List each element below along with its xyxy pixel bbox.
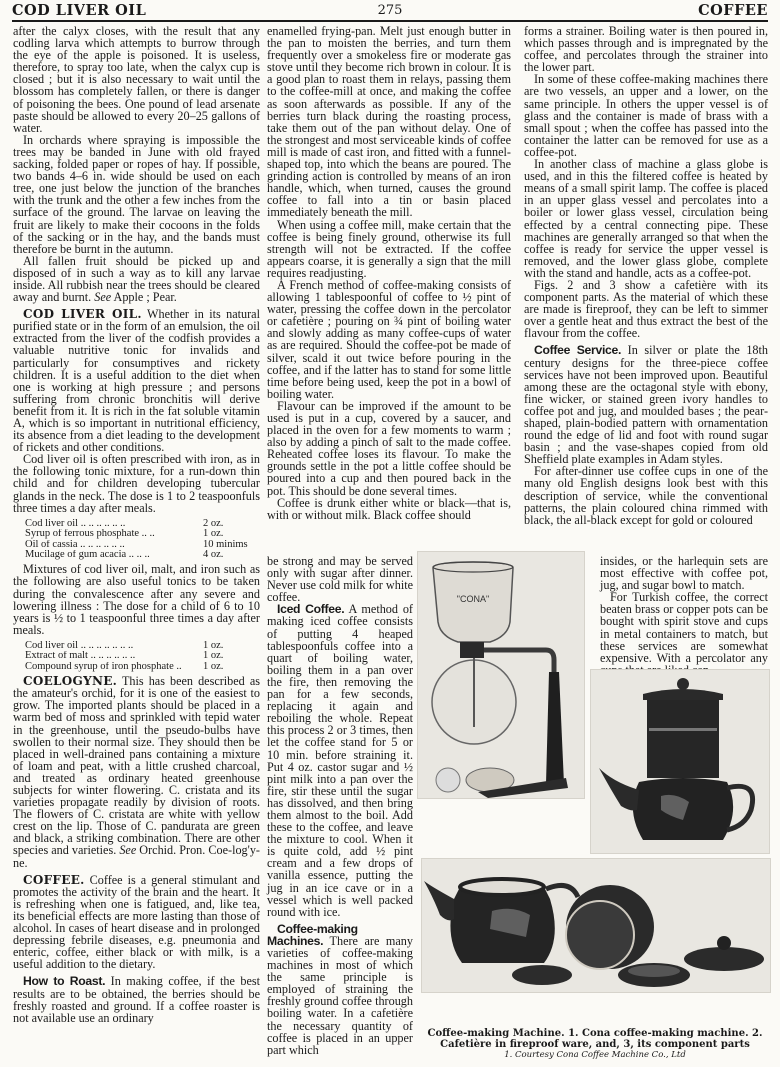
recipe-row: Mucilage of gum acacia .. .. ..4 oz. [25,550,260,560]
recipe-row: Cod liver oil .. .. .. .. .. ..2 oz. [25,519,260,529]
subentry-how-to-roast: How to Roast. In making coffee, if the b… [13,975,260,1023]
see-reference: See [119,843,136,857]
recipe-row: Extract of malt .. .. .. .. .. ..1 oz. [25,651,260,661]
paragraph: For after-dinner use coffee cups in one … [524,465,768,525]
recipe-table-1: Cod liver oil .. .. .. .. .. ..2 oz. Syr… [25,519,260,561]
column-3: forms a strainer. Boiling water is then … [524,25,768,526]
column-1: after the calyx closes, with the result … [13,25,260,1024]
column-2-narrow: be strong and may be served only with su… [267,555,413,1056]
paragraph: When using a coffee mill, make certain t… [267,219,511,279]
figure-caption: Coffee-making Machine. 1. Cona coffee-ma… [415,1029,775,1061]
cona-label: "CONA" [457,594,489,604]
figure-cafetiere [590,669,770,854]
paragraph: Mixtures of cod liver oil, malt, and iro… [13,563,260,636]
page-number: 275 [12,3,768,18]
paragraph: In orchards where spraying is impossible… [13,134,260,255]
paragraph: For Turkish coffee, the correct beaten b… [600,591,768,676]
column-2: enamelled frying-pan. Melt just enough b… [267,25,511,521]
figure-cafetiere-parts [421,858,771,993]
entry-cod-liver-oil: COD LIVER OIL. Whether in its natural pu… [13,308,260,453]
caption-credit: 1. Courtesy Cona Coffee Machine Co., Ltd [415,1050,775,1061]
paragraph: Figs. 2 and 3 show a cafetière with its … [524,279,768,339]
paragraph: enamelled frying-pan. Melt just enough b… [267,25,511,219]
running-head: COD LIVER OIL 275 COFFEE [12,2,768,22]
recipe-row: Syrup of ferrous phosphate .. ..1 oz. [25,529,260,539]
subentry-iced-coffee: Iced Coffee. A method of making iced cof… [267,603,413,917]
subentry-coffee-making-machines: Coffee-making Machines. There are many v… [267,923,413,1056]
paragraph: In another class of machine a glass glob… [524,158,768,279]
recipe-row: Compound syrup of iron phosphate ..1 oz. [25,662,260,672]
paragraph: All fallen fruit should be picked up and… [13,255,260,303]
paragraph: be strong and may be served only with su… [267,555,413,603]
subentry-coffee-service: Coffee Service. In silver or plate the 1… [524,344,768,465]
cafetiere-parts-illustration [422,859,772,994]
paragraph: Cod liver oil is often prescribed with i… [13,453,260,513]
entry-coelogyne: COELOGYNE. This has been described as th… [13,675,260,869]
paragraph: forms a strainer. Boiling water is then … [524,25,768,73]
column-3-narrow: insides, or the harlequin sets are most … [600,555,768,676]
entry-coffee: COFFEE. Coffee is a general stimulant an… [13,874,260,971]
recipe-row: Oil of cassia .. .. .. .. .. ..10 minims [25,540,260,550]
running-head-right: COFFEE [698,2,768,19]
paragraph: after the calyx closes, with the result … [13,25,260,134]
see-reference: See [94,290,111,304]
caption-main: Coffee-making Machine. 1. Cona coffee-ma… [415,1029,775,1050]
paragraph: In some of these coffee-making machines … [524,73,768,158]
recipe-row: Cod liver oil .. .. .. .. .. .. ..1 oz. [25,641,260,651]
figure-cona-machine: "CONA" [417,551,585,799]
paragraph: insides, or the harlequin sets are most … [600,555,768,591]
paragraph: Flavour can be improved if the amount to… [267,400,511,497]
cafetiere-illustration [591,670,771,855]
paragraph: Coffee is drunk either white or black—th… [267,497,511,521]
cona-machine-illustration: "CONA" [418,552,586,800]
recipe-table-2: Cod liver oil .. .. .. .. .. .. ..1 oz. … [25,641,260,672]
paragraph: A French method of coffee-making consist… [267,279,511,400]
